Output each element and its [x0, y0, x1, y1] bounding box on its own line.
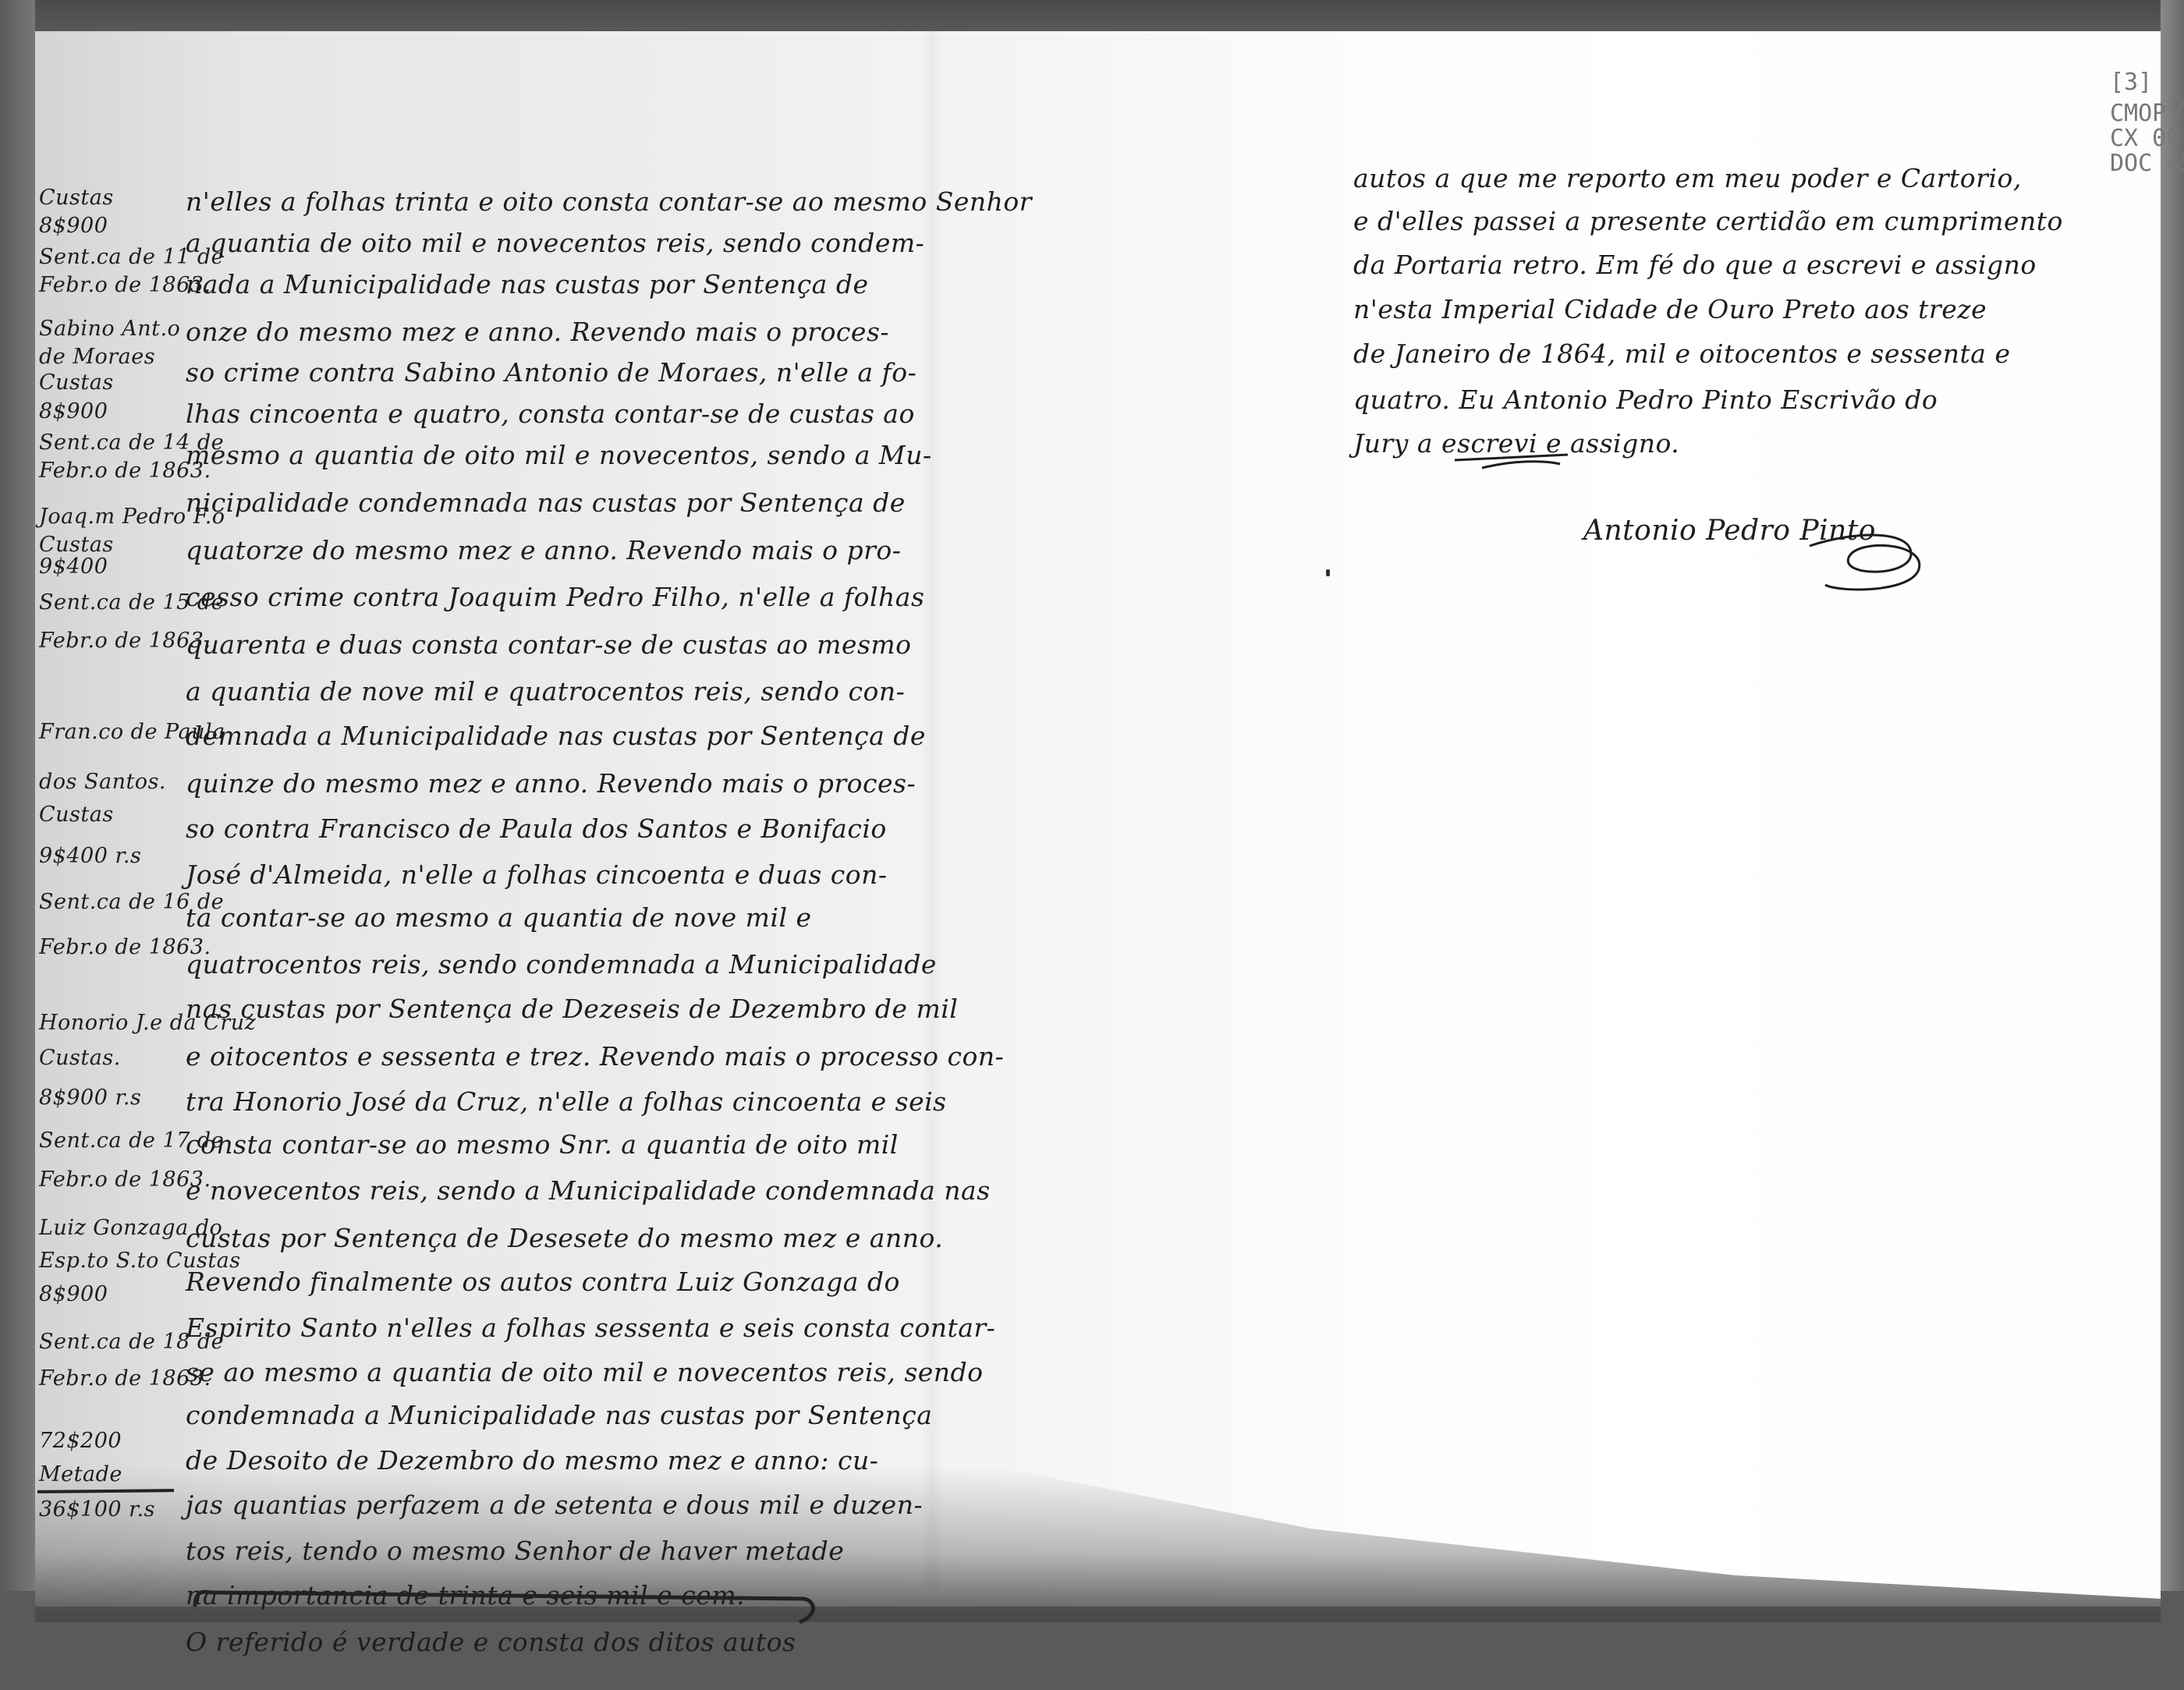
margin-note: Febr.o de 1863.: [39, 459, 195, 483]
margin-note: 8$900: [39, 1283, 195, 1306]
text-line: quinze do mesmo mez e anno. Revendo mais…: [186, 768, 888, 799]
text-line: O referido é verdade e consta dos ditos …: [186, 1627, 888, 1657]
text-line: nada a Municipalidade nas custas por Sen…: [186, 269, 888, 299]
text-line: lhas cincoenta e quatro, consta contar-s…: [186, 399, 888, 429]
margin-note: Sent.ca de 11 de: [39, 246, 195, 269]
text-line: autos a que me reporto em meu poder e Ca…: [1353, 163, 2022, 193]
scanner-top-border: [0, 0, 2184, 35]
margin-note: Sent.ca de 15 de: [39, 591, 195, 615]
archive-stamp: [3] CMOP1/4 CX 09 DOC 45: [2110, 70, 2184, 176]
margin-note: Custas: [39, 186, 195, 210]
margin-note: 72$200: [39, 1430, 195, 1453]
ink-mark: [1326, 569, 1330, 576]
margin-note: de Moraes: [39, 345, 195, 369]
stamp-collection: CMOP: [2110, 100, 2166, 127]
margin-note: Sabino Ant.o: [39, 317, 195, 341]
text-line: condemnada a Municipalidade nas custas p…: [186, 1400, 888, 1430]
margin-note: Febr.o de 1863.: [39, 1367, 195, 1391]
text-line: e novecentos reis, sendo a Municipalidad…: [186, 1175, 888, 1206]
margin-note: Metade: [39, 1463, 195, 1486]
text-line: de Desoito de Dezembro do mesmo mez e an…: [186, 1445, 888, 1476]
margin-note: Sent.ca de 14 de: [39, 431, 195, 455]
text-line: quarenta e duas consta contar-se de cust…: [186, 629, 888, 660]
text-line: e oitocentos e sessenta e trez. Revendo …: [186, 1041, 888, 1072]
margin-note: Febr.o de 1863.: [39, 936, 195, 959]
stamp-doc: DOC 45: [2110, 151, 2184, 176]
text-line: nas custas por Sentença de Dezeseis de D…: [186, 994, 888, 1024]
margin-note: Febr.o de 1863.: [39, 274, 195, 297]
margin-note: dos Santos.: [39, 771, 195, 794]
margin-note: 8$900: [39, 214, 195, 238]
margin-note: Sent.ca de 16 de: [39, 891, 195, 914]
margin-note: 9$400 r.s: [39, 845, 195, 868]
text-line: tos reis, tendo o mesmo Senhor de haver …: [186, 1536, 888, 1566]
bottom-flourish-line: [187, 1575, 842, 1630]
margin-note: 8$900: [39, 400, 195, 423]
text-line: da Portaria retro. Em fé do que a escrev…: [1353, 250, 2037, 280]
text-line: mesmo a quantia de oito mil e novecentos…: [186, 440, 888, 470]
margin-note: Luiz Gonzaga do: [39, 1217, 195, 1240]
stamp-box: CX 09: [2110, 126, 2184, 151]
scanner-left-border: [0, 0, 35, 1690]
margin-note: Honorio J.e da Cruz: [39, 1012, 195, 1035]
margin-note: Custas: [39, 803, 195, 827]
stamp-collection-fraction: 1/4: [2166, 97, 2184, 117]
margin-note: Custas: [39, 533, 195, 557]
text-line: n'esta Imperial Cidade de Ouro Preto aos…: [1353, 294, 1987, 324]
text-line: quatorze do mesmo mez e anno. Revendo ma…: [186, 535, 888, 565]
margin-note: Fran.co de Paula: [39, 721, 195, 744]
stamp-page-number: [3]: [2110, 70, 2184, 95]
margin-note: 8$900 r.s: [39, 1086, 195, 1110]
text-line: nicipalidade condemnada nas custas por S…: [186, 487, 888, 518]
text-line: de Janeiro de 1864, mil e oitocentos e s…: [1353, 338, 2011, 369]
text-line: quatro. Eu Antonio Pedro Pinto Escrivão …: [1353, 384, 1938, 415]
text-line: custas por Sentença de Desesete do mesmo…: [186, 1223, 888, 1253]
signature-flourish: [1794, 499, 1950, 608]
margin-note: 36$100 r.s: [39, 1498, 195, 1522]
margin-note: 9$400: [39, 555, 195, 579]
assigno-flourish: [1451, 441, 1576, 480]
text-line: jas quantias perfazem a de setenta e dou…: [186, 1490, 888, 1520]
text-line: quatrocentos reis, sendo condemnada a Mu…: [186, 949, 888, 980]
text-line: so contra Francisco de Paula dos Santos …: [186, 813, 888, 844]
text-line: n'elles a folhas trinta e oito consta co…: [186, 186, 888, 217]
margin-note: Custas: [39, 371, 195, 395]
text-line: Espirito Santo n'elles a folhas sessenta…: [186, 1313, 888, 1343]
text-line: Revendo finalmente os autos contra Luiz …: [186, 1267, 888, 1297]
margin-note: Joaq.m Pedro F.o: [39, 505, 195, 529]
text-line: so crime contra Sabino Antonio de Moraes…: [186, 357, 888, 388]
text-line: ta contar-se ao mesmo a quantia de nove …: [186, 902, 888, 933]
text-line: consta contar-se ao mesmo Snr. a quantia…: [186, 1129, 888, 1160]
margin-note: Sent.ca de 17 de: [39, 1129, 195, 1153]
margin-note: Febr.o de 1863.: [39, 629, 195, 653]
text-line: a quantia de oito mil e novecentos reis,…: [186, 228, 888, 258]
scanner-right-border: [2161, 0, 2184, 1690]
text-line: tra Honorio José da Cruz, n'elle a folha…: [186, 1086, 888, 1117]
text-line: cesso crime contra Joaquim Pedro Filho, …: [186, 582, 888, 612]
margin-note: Sent.ca de 18 de: [39, 1330, 195, 1354]
text-line: a quantia de nove mil e quatrocentos rei…: [186, 676, 888, 707]
margin-note: Febr.o de 1863.: [39, 1168, 195, 1192]
margin-note: Esp.to S.to Custas: [39, 1249, 195, 1273]
text-line: demnada a Municipalidade nas custas por …: [186, 721, 888, 751]
margin-note: Custas.: [39, 1047, 195, 1070]
text-line: onze do mesmo mez e anno. Revendo mais o…: [186, 317, 888, 347]
text-line: se ao mesmo a quantia de oito mil e nove…: [186, 1357, 888, 1387]
text-line: José d'Almeida, n'elle a folhas cincoent…: [186, 859, 888, 890]
text-line: e d'elles passei a presente certidão em …: [1353, 206, 2063, 236]
